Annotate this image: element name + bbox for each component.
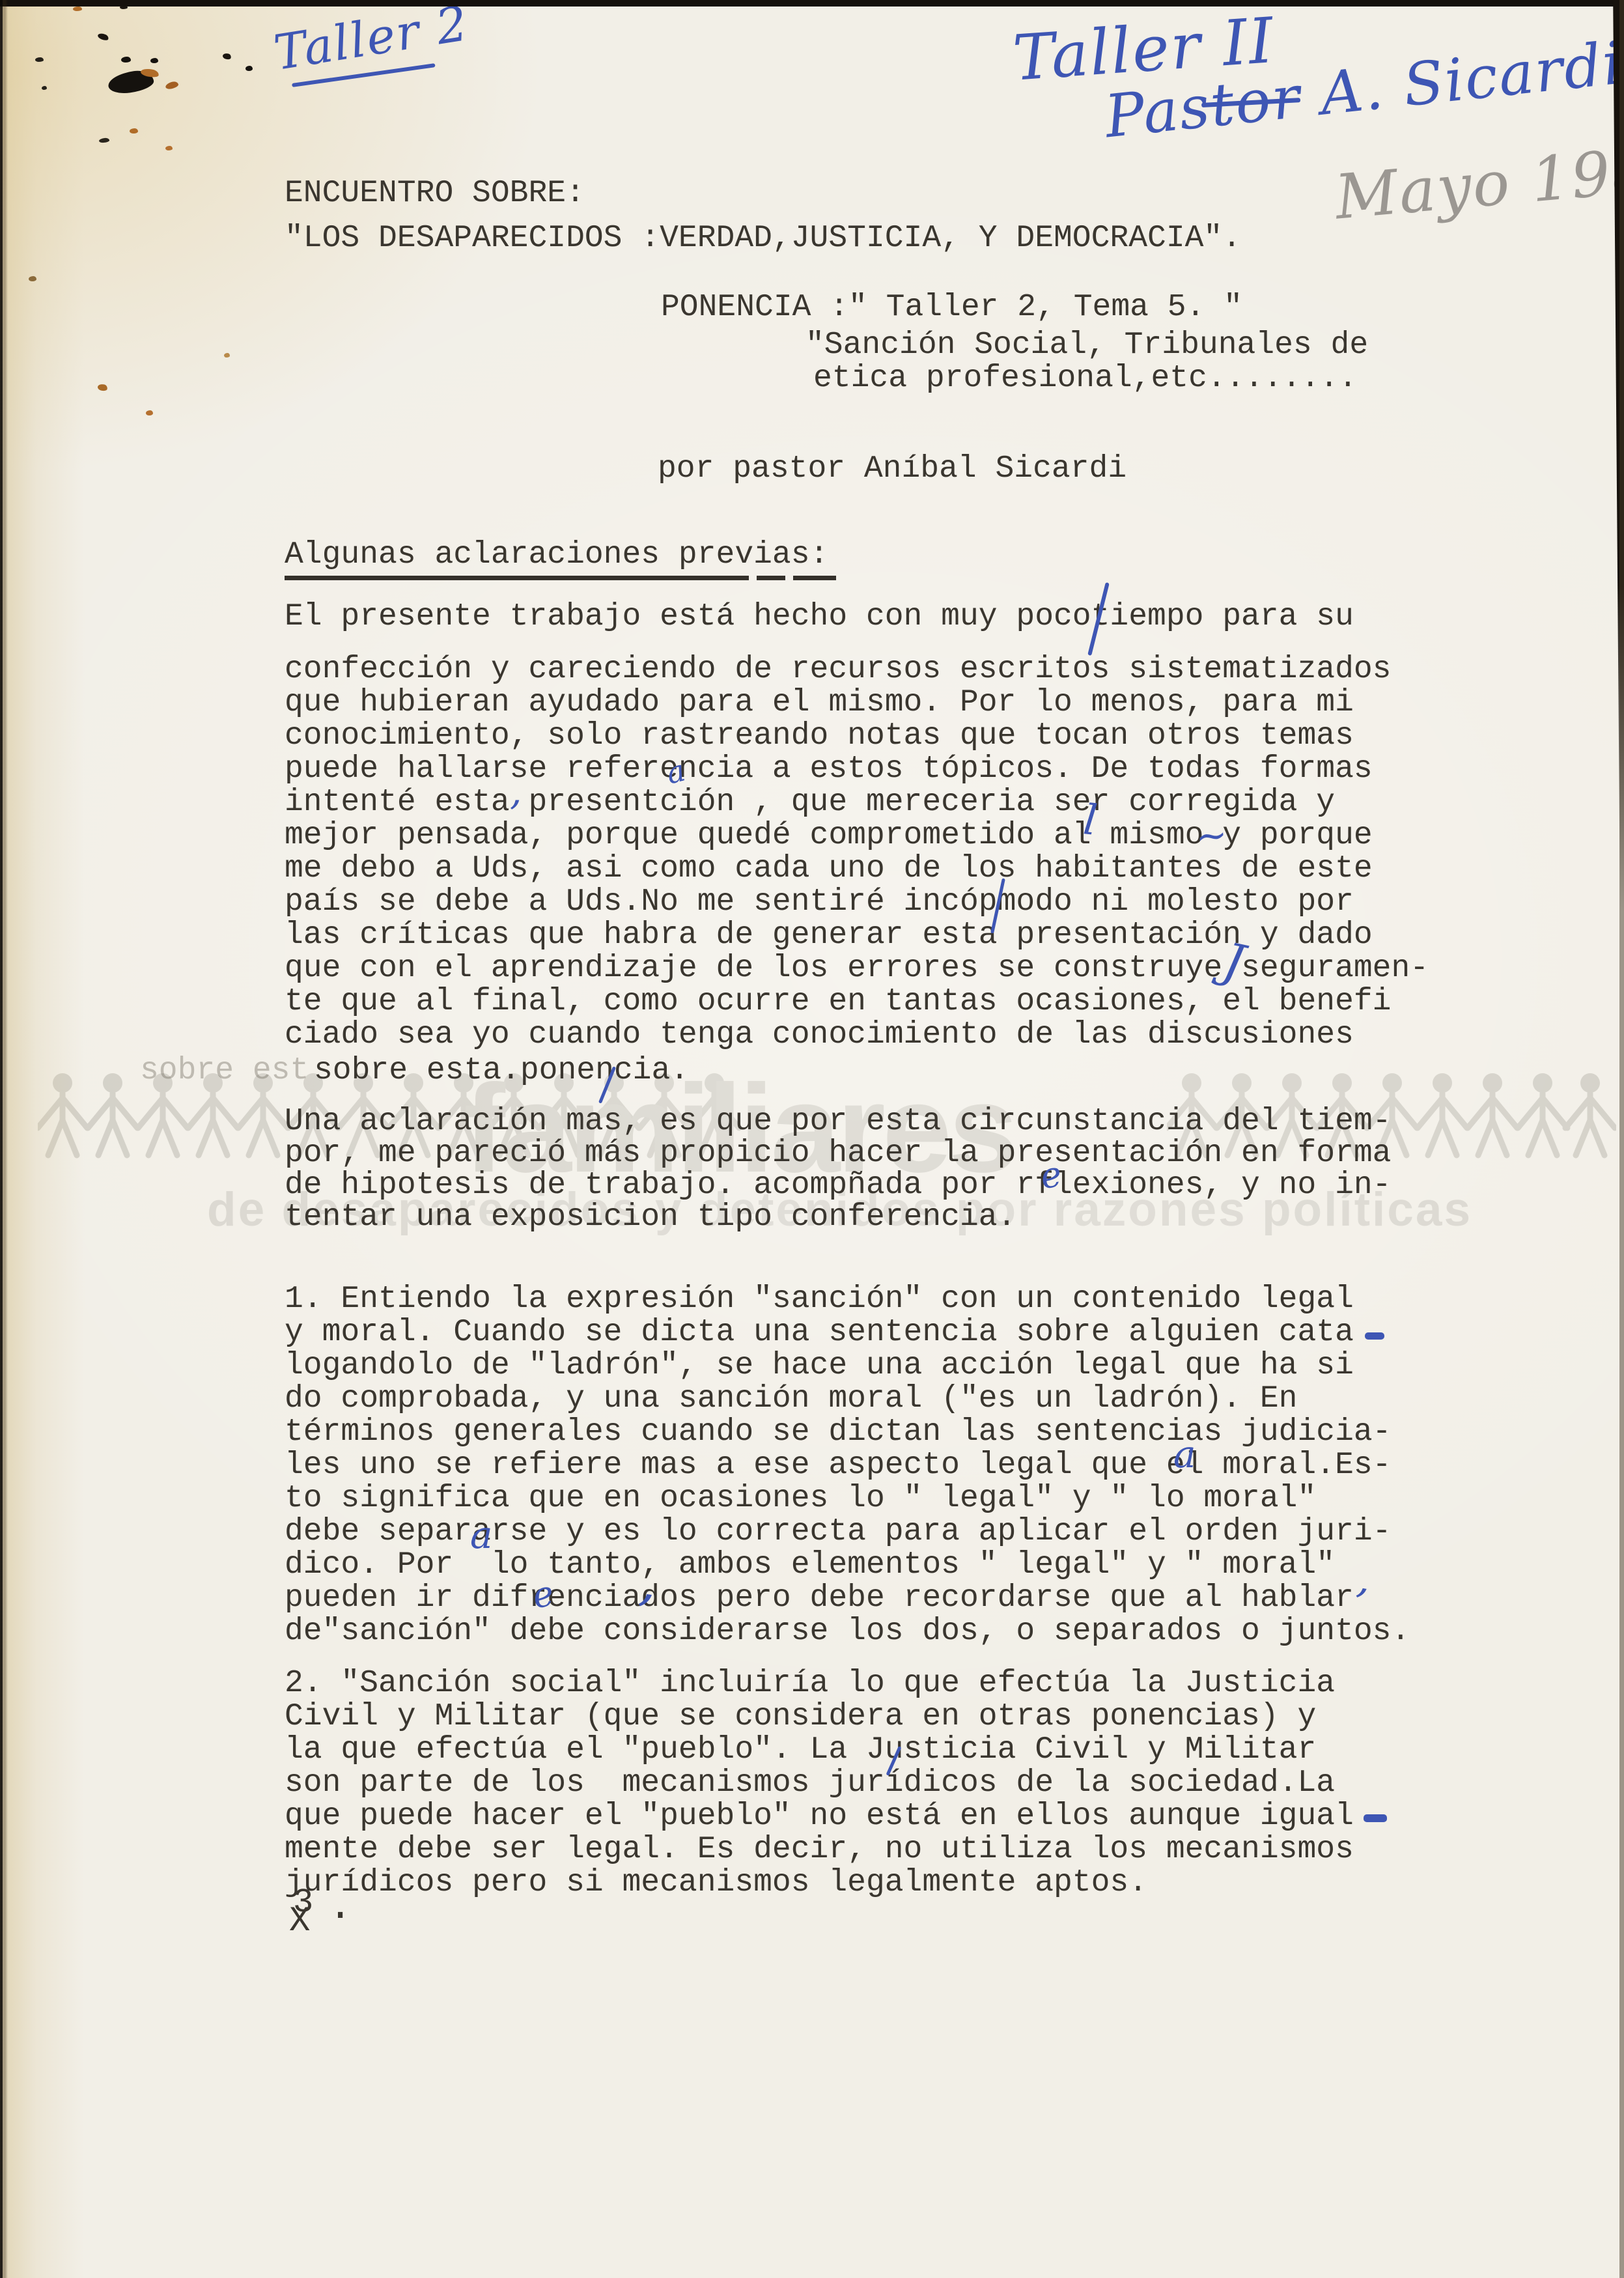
typed-line: país se debe a Uds.No me sentiré incópmo… xyxy=(285,886,1429,919)
scan-top-edge xyxy=(0,0,1624,7)
typed-line: debe separarse y es lo correcta para apl… xyxy=(285,1515,1410,1549)
paper-right-edge-line xyxy=(1619,0,1624,2278)
typed-line: las críticas que habra de generar esta p… xyxy=(285,919,1429,952)
typed-line: ciado sea yo cuando tenga conocimiento d… xyxy=(285,1019,1429,1052)
typed-line: que hubieran ayudado para el mismo. Por … xyxy=(285,686,1429,720)
typed-line: por, me pareció más propicio hacer la pr… xyxy=(285,1138,1391,1170)
rust-speck xyxy=(29,276,36,281)
letter-a-separarse: a xyxy=(470,1516,493,1554)
typed-line: te que al final, como ocurre en tantas o… xyxy=(285,985,1429,1019)
paper-left-edge xyxy=(0,0,8,2278)
ink-stain xyxy=(222,52,232,60)
rust-speck xyxy=(97,384,108,392)
typed-line: son parte de los mecanismos jurídicos de… xyxy=(285,1767,1354,1800)
subtitle-line-1: "Sanción Social, Tribunales de xyxy=(805,329,1368,362)
heading-underline xyxy=(285,576,749,580)
typed-line: confección y careciendo de recursos escr… xyxy=(285,653,1429,686)
ink-stain xyxy=(97,32,109,41)
ghost-line-faint: sobre est xyxy=(140,1053,309,1088)
paragraph-2: Una aclaración mas, es que por esta circ… xyxy=(285,1106,1391,1233)
comma-conocimiento: , xyxy=(510,772,522,810)
ponencia-line: PONENCIA :" Taller 2, Tema 5. " xyxy=(661,291,1242,324)
typed-line: de"sanción" debe considerarse los dos, o… xyxy=(285,1615,1410,1648)
rust-speck xyxy=(165,146,173,150)
document-title: "LOS DESAPARECIDOS :VERDAD,JUSTICIA, Y D… xyxy=(285,222,1241,255)
typed-line: dico. Por lo tanto, ambos elementos " le… xyxy=(285,1549,1410,1582)
typed-line: de hipotesis de trabajo. acompñada por r… xyxy=(285,1170,1391,1202)
typed-line: logandolo de "ladrón", se hace una acció… xyxy=(285,1349,1410,1383)
heading-underline xyxy=(793,576,836,580)
squiggle-mismo: ~ xyxy=(1194,815,1229,856)
typed-line: 1. Entiendo la expresión "sanción" con u… xyxy=(285,1283,1410,1316)
rust-speck xyxy=(146,410,153,415)
typed-line: El presente trabajo está hecho con muy p… xyxy=(285,600,1354,634)
typed-line: 2. "Sanción social" incluiría lo que efe… xyxy=(285,1667,1354,1700)
typed-line: puede hallarse referencia a estos tópico… xyxy=(285,753,1429,786)
subtitle-line-2: etica profesional,etc........ xyxy=(813,362,1357,395)
typed-line: do comprobada, y una sanción moral ("es … xyxy=(285,1383,1410,1416)
typed-line: términos generales cuando se dictan las … xyxy=(285,1416,1410,1449)
typed-line: jurídicos pero si mecanismos legalmente … xyxy=(285,1866,1354,1900)
typed-line: les uno se refiere mas a ese aspecto leg… xyxy=(285,1449,1410,1482)
ink-stain xyxy=(121,57,131,63)
ghost-line-main: sobre esta.ponencia. xyxy=(314,1053,689,1088)
typed-line: tentar una exposicion tipo conferencia. xyxy=(285,1202,1391,1233)
scanned-document-page: familiares de desaparecidos y detenidos … xyxy=(0,0,1624,2278)
rust-speck xyxy=(165,81,179,91)
rust-speck xyxy=(130,128,138,134)
dash-igual xyxy=(1364,1814,1387,1822)
heading-underline xyxy=(757,576,785,580)
typed-line: conocimiento, solo rastreando notas que … xyxy=(285,720,1429,753)
byline: por pastor Aníbal Sicardi xyxy=(658,453,1127,486)
ink-stain xyxy=(99,137,110,143)
ink-stain xyxy=(35,57,44,62)
typed-line: me debo a Uds, asi como cada uno de los … xyxy=(285,852,1429,886)
overstruck-dot: . xyxy=(328,1887,352,1928)
overstruck-x: X xyxy=(289,1904,310,1939)
typed-line: to significa que en ocasiones lo " legal… xyxy=(285,1482,1410,1515)
typed-line: la que efectúa el "pueblo". La Justicia … xyxy=(285,1734,1354,1767)
letter-a-al-moral: a xyxy=(1173,1435,1196,1473)
rust-speck xyxy=(224,353,230,358)
ink-stain xyxy=(150,58,158,63)
typed-line: mejor pensada, porque quedé comprometido… xyxy=(285,819,1429,852)
typed-line: intenté esta presentción , que mereceria… xyxy=(285,786,1429,819)
ink-stain xyxy=(245,66,253,71)
typed-line: Civil y Militar (que se considera en otr… xyxy=(285,1700,1354,1734)
handwriting-date-pencil: Mayo 1986 xyxy=(1332,132,1624,233)
typed-line: y moral. Cuando se dicta una sentencia s… xyxy=(285,1316,1410,1349)
section-heading: Algunas aclaraciones previas: xyxy=(285,539,828,572)
paragraph-1-first-line: El presente trabajo está hecho con muy p… xyxy=(285,600,1354,634)
dash-cata xyxy=(1365,1332,1384,1340)
ink-stain xyxy=(42,86,47,90)
point-2: 2. "Sanción social" incluiría lo que efe… xyxy=(285,1667,1354,1900)
point-1: 1. Entiendo la expresión "sanción" con u… xyxy=(285,1283,1410,1648)
typed-line: pueden ir difrenciados pero debe recorda… xyxy=(285,1582,1410,1615)
header-encuentro: ENCUENTRO SOBRE: xyxy=(285,177,585,210)
typed-line: mente debe ser legal. Es decir, no utili… xyxy=(285,1833,1354,1866)
paragraph-1: confección y careciendo de recursos escr… xyxy=(285,653,1429,1052)
typed-line: Una aclaración mas, es que por esta circ… xyxy=(285,1106,1391,1138)
rust-speck xyxy=(73,7,82,11)
typed-line: que con el aprendizaje de los errores se… xyxy=(285,952,1429,985)
handwriting-taller-2: Taller 2 xyxy=(270,0,473,81)
typed-line: que puede hacer el "pueblo" no está en e… xyxy=(285,1800,1354,1833)
